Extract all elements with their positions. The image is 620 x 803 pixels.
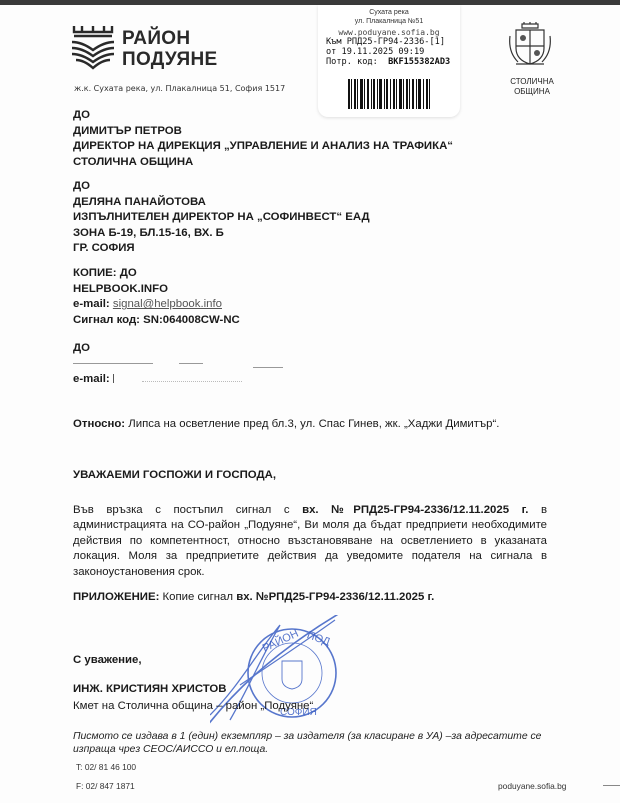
signer-name: ИНЖ. КРИСТИЯН ХРИСТОВ	[73, 683, 227, 695]
recipient-1-name: ДИМИТЪР ПЕТРОВ	[73, 124, 453, 140]
recipient-1: ДО ДИМИТЪР ПЕТРОВ ДИРЕКТОР НА ДИРЕКЦИЯ „…	[73, 108, 453, 170]
recipient-2: ДО ДЕЛЯНА ПАНАЙОТОВА ИЗПЪЛНИТЕЛЕН ДИРЕКТ…	[73, 179, 370, 257]
signal-reference: вх. №РПД25-ГР94-2336/12.11.2025 г.	[302, 504, 528, 516]
body-paragraph: Във връзка с постъпил сигнал с вх. №РПД2…	[73, 503, 547, 580]
scan-top-edge	[0, 0, 620, 5]
recipient-2-position: ИЗПЪЛНИТЕЛЕН ДИРЕКТОР НА „СОФИНВЕСТ“ ЕАД	[73, 210, 370, 226]
redacted-line	[73, 357, 242, 372]
distribution-note: Писмото се издава в 1 (един) екземпляр –…	[73, 730, 573, 756]
district-address: ж.к. Сухата река, ул. Плакалница 51, Соф…	[74, 84, 285, 93]
greeting: УВАЖАЕМИ ГОСПОЖИ И ГОСПОДА,	[73, 469, 276, 481]
recipient-2-city: ГР. СОФИЯ	[73, 241, 370, 257]
crest-caption: СТОЛИЧНА ОБЩИНА	[494, 77, 570, 97]
receipt-code: Потр. код: BKF155382AD3	[318, 57, 460, 67]
signer-title: Кмет на Столична община – район „Подуяне…	[73, 700, 313, 712]
recipient-1-org: СТОЛИЧНА ОБЩИНА	[73, 155, 453, 171]
receipt-ref: Към РПД25-ГР94-2336-[1]	[318, 37, 460, 47]
footer-website[interactable]: poduyane.sofia.bg	[498, 781, 566, 791]
recipient-2-address: ЗОНА Б-19, БЛ.15-16, ВХ. Б	[73, 226, 370, 242]
registry-receipt: Сухата река ул. Плакалница №51 www.poduy…	[318, 5, 460, 117]
district-logo-text: РАЙОН ПОДУЯНЕ	[122, 28, 217, 70]
receipt-date: от 19.11.2025 09:19	[318, 47, 460, 57]
closing-regards: С уважение,	[73, 654, 142, 666]
redacted-email	[142, 381, 242, 382]
signal-code: SN:064008CW-NC	[143, 314, 240, 326]
footer-fax: F: 02/ 847 1871	[76, 781, 135, 791]
barcode-icon	[348, 79, 430, 109]
official-stamp-icon: РАЙОН ПОД СОФИЯ	[210, 615, 340, 735]
sofia-crest-icon	[508, 22, 552, 68]
receipt-url: www.poduyane.sofia.bg	[318, 28, 460, 37]
recipient-2-name: ДЕЛЯНА ПАНАЙОТОВА	[73, 195, 370, 211]
district-logo-icon	[68, 22, 118, 72]
recipient-1-position: ДИРЕКТОР НА ДИРЕКЦИЯ „УПРАВЛЕНИЕ И АНАЛИ…	[73, 139, 453, 155]
redacted-recipient: ДО e-mail:	[73, 341, 242, 387]
page-edge-mark	[603, 785, 620, 786]
copy-email-link[interactable]: signal@helpbook.info	[113, 298, 222, 310]
annex-line: ПРИЛОЖЕНИЕ: Копие сигнал вх. №РПД25-ГР94…	[73, 591, 434, 603]
subject-line: Относно: Липса на осветление пред бл.3, …	[73, 418, 499, 430]
svg-text:ПОД: ПОД	[305, 629, 332, 649]
svg-text:РАЙОН: РАЙОН	[260, 627, 300, 655]
footer-phone: T: 02/ 81 46 100	[76, 762, 136, 772]
copy-org: HELPBOOK.INFO	[73, 282, 240, 298]
copy-recipient: КОПИЕ: ДО HELPBOOK.INFO e-mail: signal@h…	[73, 266, 240, 328]
